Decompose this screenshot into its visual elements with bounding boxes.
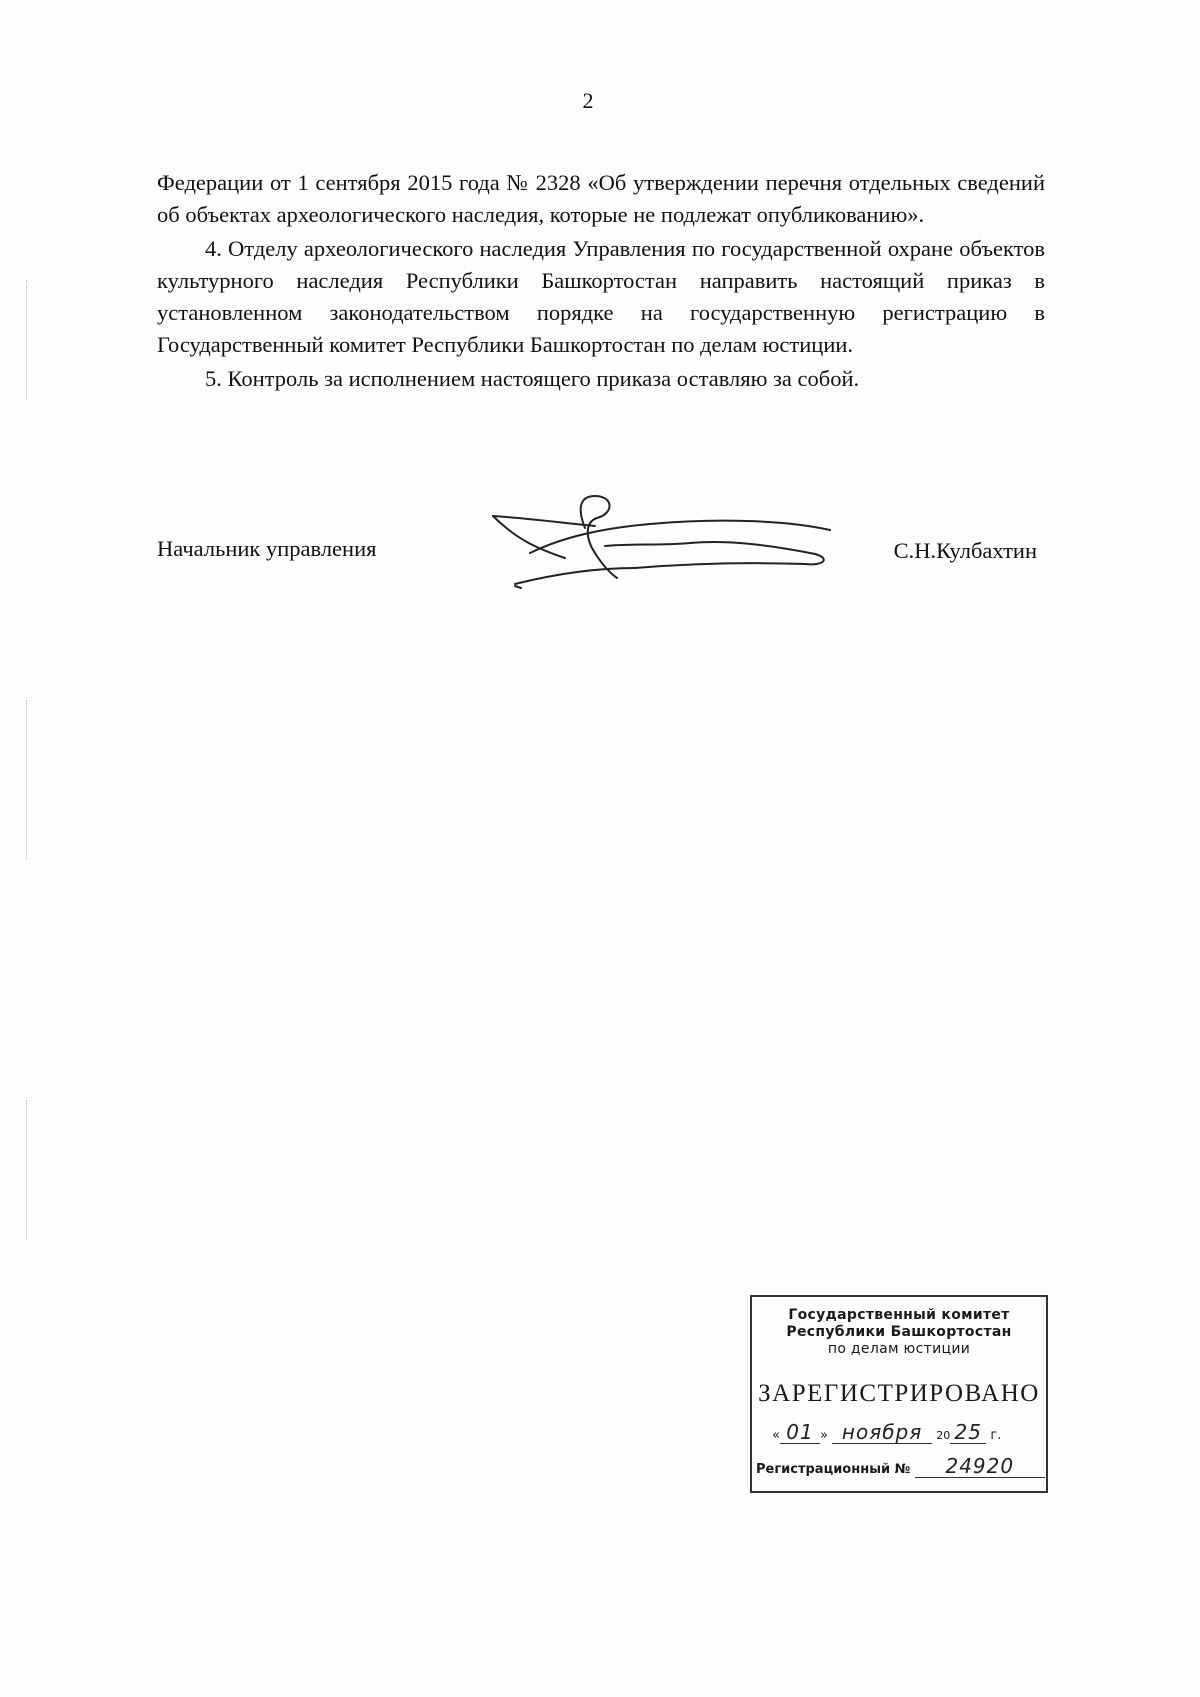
stamp-registered-title: ЗАРЕГИСТРИРОВАНО xyxy=(752,1380,1046,1408)
date-close-quote: » xyxy=(820,1428,828,1443)
stamp-year-prefix: 20 xyxy=(936,1429,950,1442)
stamp-org-line-1: Государственный комитет xyxy=(752,1307,1046,1324)
paragraph-item-5: 5. Контроль за исполнением настоящего пр… xyxy=(157,363,1045,395)
scan-margin-artifact xyxy=(26,700,29,860)
signer-position: Начальник управления xyxy=(157,536,376,562)
stamp-date: «01» ноября 2025 г. xyxy=(772,1421,1042,1447)
stamp-organization: Государственный комитет Республики Башко… xyxy=(752,1307,1046,1358)
paragraph-item-4: 4. Отделу археологического наследия Упра… xyxy=(157,233,1045,361)
handwritten-signature-icon xyxy=(485,488,855,598)
stamp-date-month: ноября xyxy=(832,1421,932,1444)
registration-stamp: Государственный комитет Республики Башко… xyxy=(750,1295,1048,1493)
document-body: Федерации от 1 сентября 2015 года № 2328… xyxy=(157,167,1045,395)
stamp-date-year: 25 xyxy=(950,1421,986,1444)
stamp-registration-number: Регистрационный № 24920 xyxy=(756,1455,1046,1478)
stamp-org-line-2: Республики Башкортостан xyxy=(752,1324,1046,1341)
stamp-year-unit: г. xyxy=(990,1428,1001,1443)
page-number: 2 xyxy=(0,88,1176,114)
scan-margin-artifact xyxy=(26,280,29,400)
stamp-date-day: 01 xyxy=(780,1421,820,1444)
stamp-reg-label: Регистрационный № xyxy=(756,1462,910,1477)
signer-name: С.Н.Кулбахтин xyxy=(894,538,1037,564)
document-page: 2 Федерации от 1 сентября 2015 года № 23… xyxy=(0,0,1200,1697)
paragraph-continuation: Федерации от 1 сентября 2015 года № 2328… xyxy=(157,167,1045,231)
stamp-reg-number: 24920 xyxy=(915,1455,1045,1478)
scan-margin-artifact xyxy=(26,1100,29,1240)
date-open-quote: « xyxy=(772,1428,780,1443)
stamp-org-line-3: по делам юстиции xyxy=(752,1341,1046,1358)
